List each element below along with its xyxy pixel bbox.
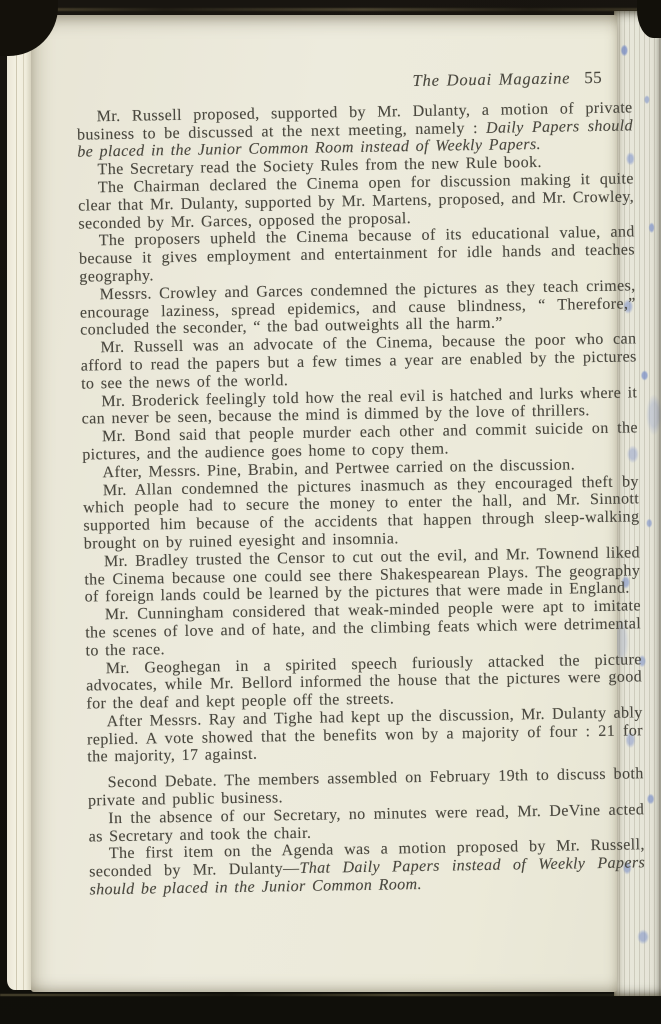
page-content: The Douai Magazine55 Mr. Russell propose… — [76, 68, 646, 899]
paragraph: After Messrs. Ray and Tighe had kept up … — [87, 704, 644, 767]
scanned-book-photo: The Douai Magazine55 Mr. Russell propose… — [0, 0, 661, 1024]
cover-bottom-edge-highlight — [0, 994, 661, 996]
paragraph: The proposers upheld the Cinema because … — [79, 224, 636, 287]
journal-title: The Douai Magazine — [412, 68, 570, 90]
page-body: Mr. Russell proposed, supported by Mr. D… — [77, 99, 646, 899]
book-page: The Douai Magazine55 Mr. Russell propose… — [31, 15, 617, 992]
paragraph: Mr. Russell proposed, supported by Mr. D… — [77, 99, 634, 162]
paragraph: Mr. Russell was an advocate of the Cinem… — [80, 331, 637, 394]
paragraph: Messrs. Crowley and Garces condemned the… — [79, 277, 636, 340]
page-number: 55 — [584, 68, 602, 87]
paragraph: The Chairman declared the Cinema open fo… — [78, 170, 635, 233]
paragraph: Mr. Cunningham considered that weak-mind… — [85, 597, 642, 660]
paragraph: The first item on the Agenda was a motio… — [89, 837, 646, 900]
paragraph: Mr. Bradley trusted the Censor to cut ou… — [84, 544, 641, 607]
paragraph: Mr. Allan condemned the pictures inasmuc… — [83, 473, 640, 553]
running-header: The Douai Magazine55 — [76, 68, 632, 95]
left-page-fore-edge — [7, 26, 34, 990]
cover-top-edge-highlight — [0, 8, 661, 11]
paragraph: Mr. Geoghegan in a spirited speech furio… — [86, 651, 643, 714]
